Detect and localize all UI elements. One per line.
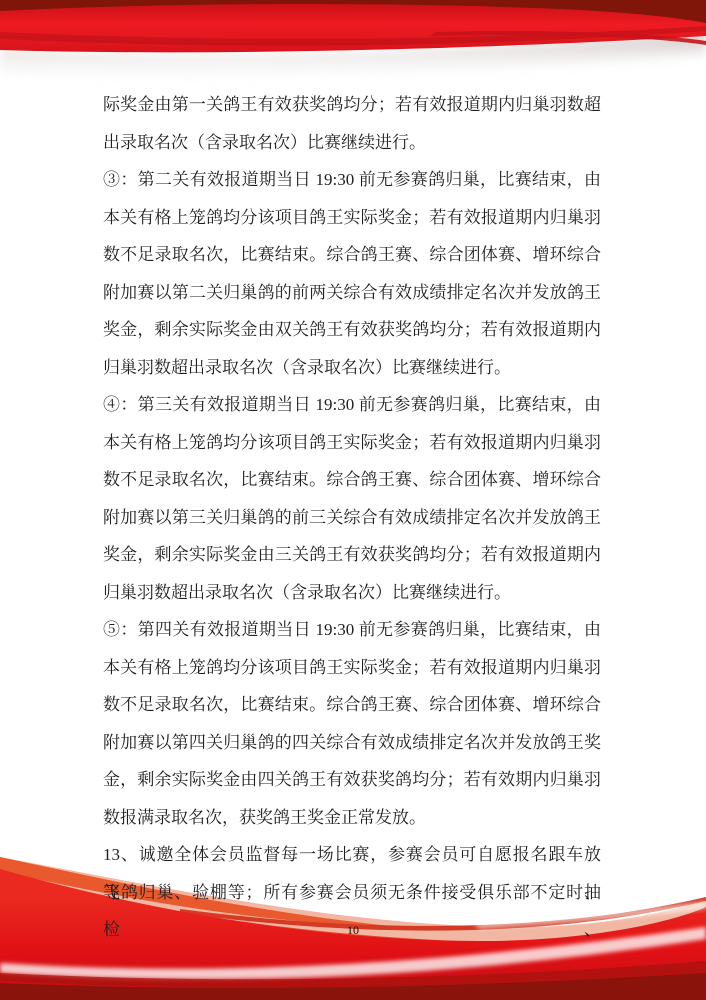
text-line-3: ③：第二关有效报道期当日 19:30 前无参赛鸽归巢，比赛结束，由: [103, 161, 601, 199]
text-line-11: 数不足录取名次，比赛结束。综合鸽王赛、综合团体赛、增环综合: [103, 461, 601, 499]
text-line-6: 附加赛以第二关归巢鸽的前两关综合有效成绩排定名次并发放鸽王: [103, 274, 601, 312]
text-line-17: 数不足录取名次，比赛结束。综合鸽王赛、综合团体赛、增环综合: [103, 686, 601, 724]
text-line-4: 本关有格上笼鸽均分该项目鸽王实际奖金；若有效报道期内归巢羽: [103, 199, 601, 237]
text-line-13: 奖金，剩余实际奖金由三关鸽王有效获奖鸽均分；若有效报道期内: [103, 536, 601, 574]
text-line-16: 本关有格上笼鸽均分该项目鸽王实际奖金；若有效报道期内归巢羽: [103, 649, 601, 687]
text-line-7: 奖金，剩余实际奖金由双关鸽王有效获奖鸽均分；若有效报道期内: [103, 311, 601, 349]
text-line-2: 出录取名次（含录取名次）比赛继续进行。: [103, 124, 601, 162]
text-line-9: ④：第三关有效报道期当日 19:30 前无参赛鸽归巢，比赛结束，由: [103, 386, 601, 424]
text-line-8: 归巢羽数超出录取名次（含录取名次）比赛继续进行。: [103, 349, 601, 387]
text-line-21: 13、诚邀全体会员监督每一场比赛，参赛会员可自愿报名跟车放飞、: [103, 836, 601, 874]
page-number: 10: [0, 923, 706, 938]
text-line-14: 归巢羽数超出录取名次（含录取名次）比赛继续进行。: [103, 574, 601, 612]
top-red-wave-decoration: [0, 0, 706, 95]
text-line-18: 附加赛以第四关归巢鸽的四关综合有效成绩排定名次并发放鸽王奖: [103, 724, 601, 762]
text-line-5: 数不足录取名次，比赛结束。综合鸽王赛、综合团体赛、增环综合: [103, 236, 601, 274]
text-line-22: 等鸽归巢、验棚等；所有参赛会员须无条件接受俱乐部不定时抽检、: [103, 874, 601, 912]
document-text: 际奖金由第一关鸽王有效获奖鸽均分；若有效报道期内归巢羽数超出录取名次（含录取名次…: [103, 86, 601, 911]
document-page: 际奖金由第一关鸽王有效获奖鸽均分；若有效报道期内归巢羽数超出录取名次（含录取名次…: [0, 0, 706, 1000]
text-line-10: 本关有格上笼鸽均分该项目鸽王实际奖金；若有效报道期内归巢羽: [103, 424, 601, 462]
text-line-12: 附加赛以第三关归巢鸽的前三关综合有效成绩排定名次并发放鸽王: [103, 499, 601, 537]
text-line-20: 数报满录取名次，获奖鸽王奖金正常发放。: [103, 799, 601, 837]
text-line-1: 际奖金由第一关鸽王有效获奖鸽均分；若有效报道期内归巢羽数超: [103, 86, 601, 124]
text-line-15: ⑤：第四关有效报道期当日 19:30 前无参赛鸽归巢，比赛结束，由: [103, 611, 601, 649]
text-line-19: 金，剩余实际奖金由四关鸽王有效获奖鸽均分；若有效期内归巢羽: [103, 761, 601, 799]
